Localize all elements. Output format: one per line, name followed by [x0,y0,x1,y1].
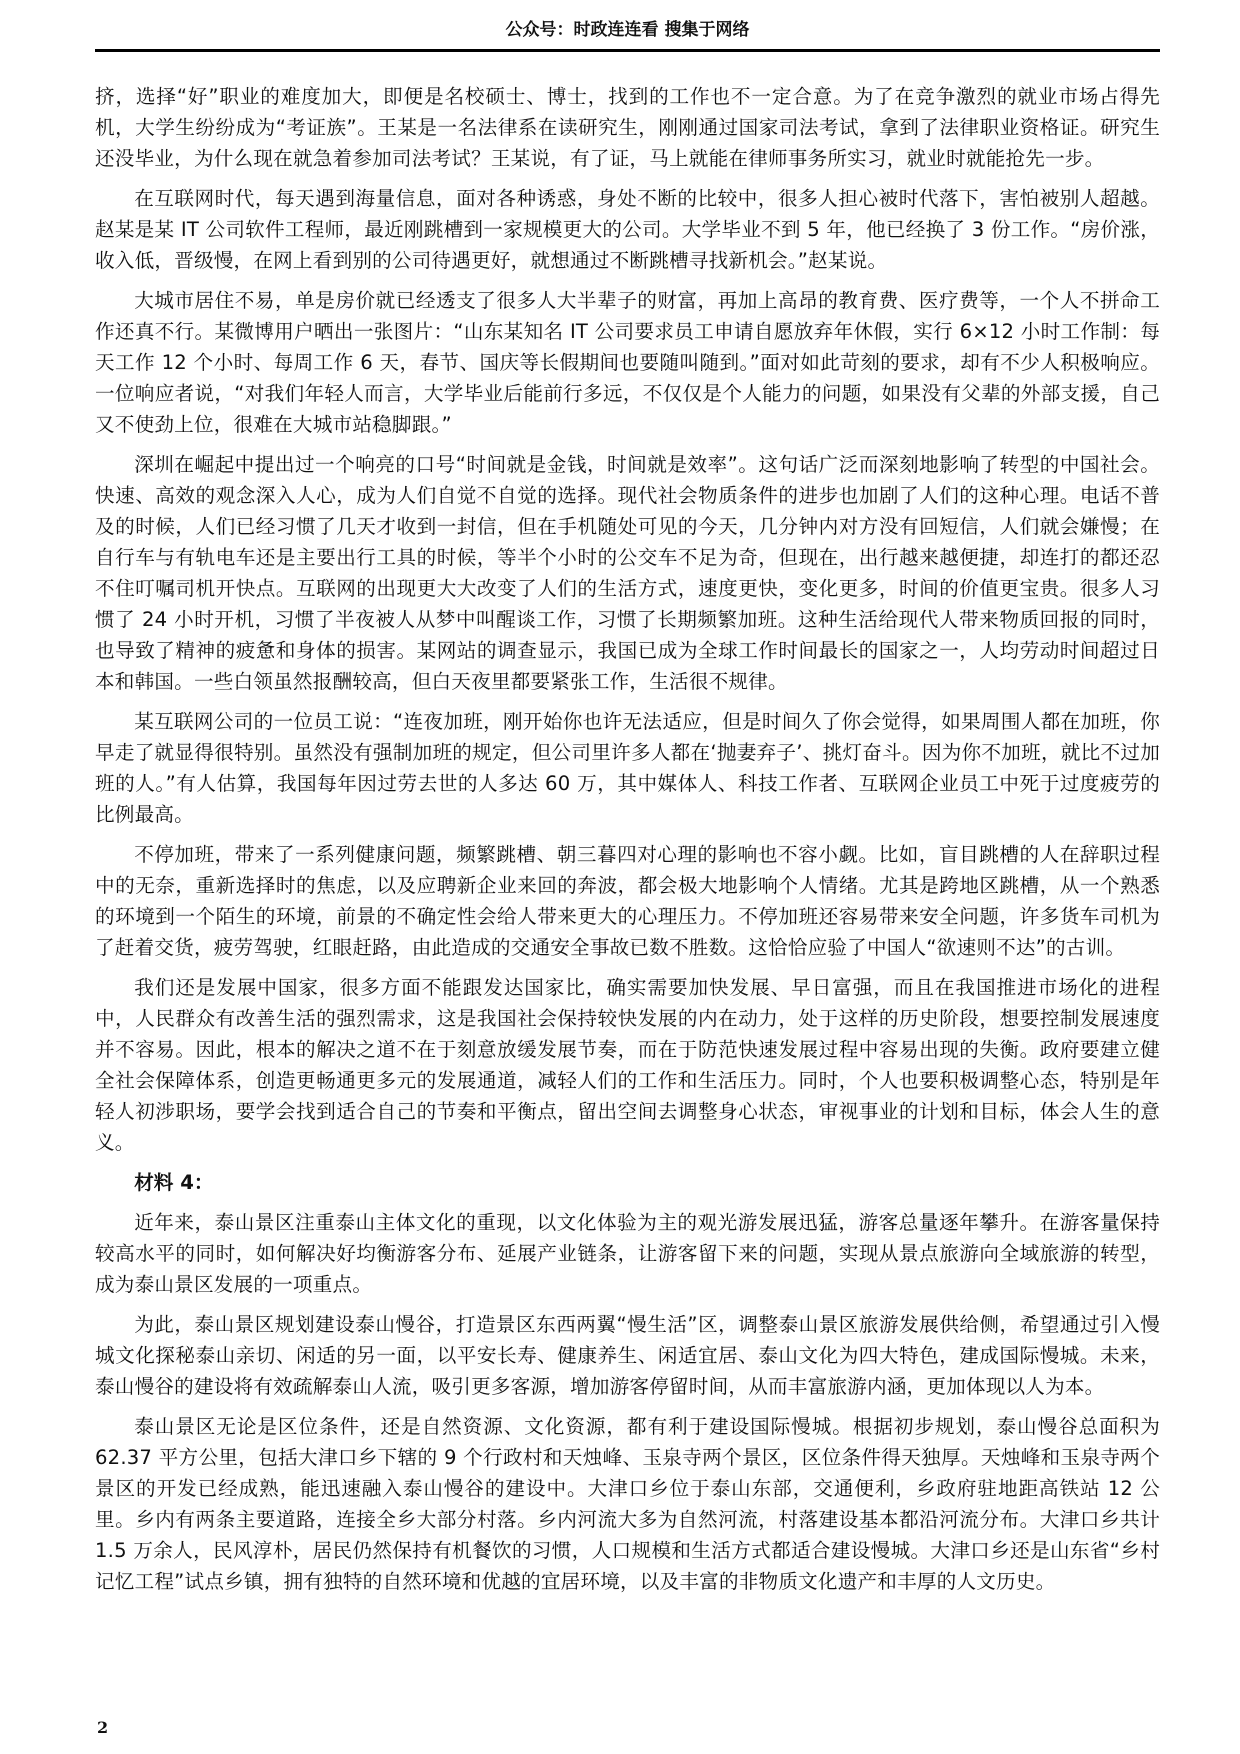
paragraph: 深圳在崛起中提出过一个响亮的口号“时间就是金钱，时间就是效率”。这句话广泛而深刻… [95,449,1160,697]
paragraph: 不停加班，带来了一系列健康问题，频繁跳槽、朝三暮四对心理的影响也不容小觑。比如，… [95,839,1160,963]
paragraph-continued: 挤，选择“好”职业的难度加大，即便是名校硕士、博士，找到的工作也不一定合意。为了… [95,81,1160,174]
document-body: 挤，选择“好”职业的难度加大，即便是名校硕士、博士，找到的工作也不一定合意。为了… [95,81,1160,1606]
page-header-title: 公众号：时政连连看 搜集于网络 [95,18,1160,42]
page-number: 2 [97,1718,108,1737]
paragraph: 某互联网公司的一位员工说：“连夜加班，刚开始你也许无法适应，但是时间久了你会觉得… [95,706,1160,830]
header-divider [95,49,1160,52]
paragraph: 泰山景区无论是区位条件，还是自然资源、文化资源，都有利于建设国际慢城。根据初步规… [95,1411,1160,1597]
paragraph: 为此，泰山景区规划建设泰山慢谷，打造景区东西两翼“慢生活”区，调整泰山景区旅游发… [95,1309,1160,1402]
section-heading-material-4: 材料 4： [95,1167,1160,1198]
paragraph: 大城市居住不易，单是房价就已经透支了很多人大半辈子的财富，再加上高昂的教育费、医… [95,285,1160,440]
paragraph: 在互联网时代，每天遇到海量信息，面对各种诱惑，身处不断的比较中，很多人担心被时代… [95,183,1160,276]
paragraph: 近年来，泰山景区注重泰山主体文化的重现，以文化体验为主的观光游发展迅猛，游客总量… [95,1207,1160,1300]
paragraph: 我们还是发展中国家，很多方面不能跟发达国家比，确实需要加快发展、早日富强，而且在… [95,972,1160,1158]
